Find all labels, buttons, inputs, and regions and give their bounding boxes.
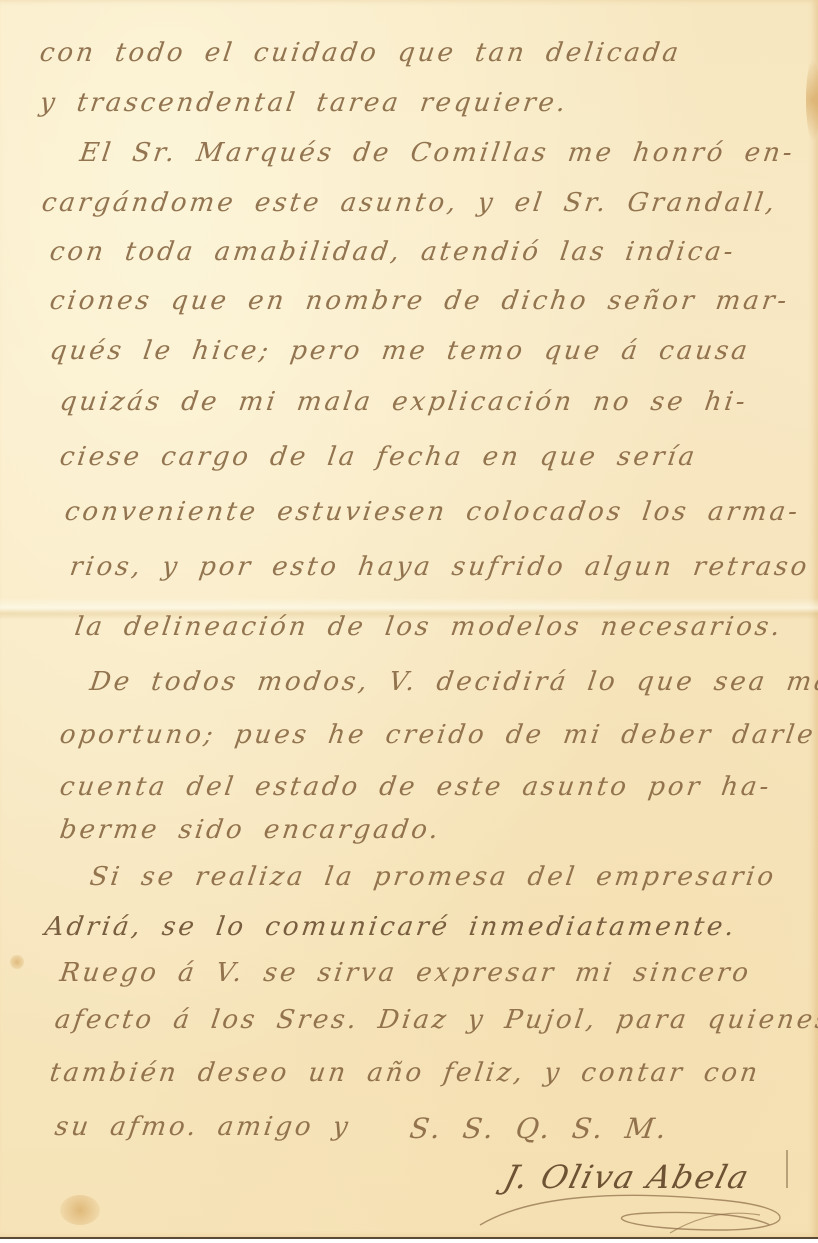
letter-line-11: rios, y por esto haya sufrido algun retr…: [68, 552, 812, 582]
letter-line-14: oportuno; pues he creido de mi deber dar…: [58, 720, 818, 750]
letter-line-20: afecto á los Sres. Diaz y Pujol, para qu…: [53, 1005, 818, 1035]
signature-stroke: [786, 1150, 788, 1188]
letter-line-21: también deseo un año feliz, y contar con: [48, 1058, 762, 1088]
edge-stain: [806, 60, 818, 140]
letter-line-4: cargándome este asunto, y el Sr. Grandal…: [40, 188, 779, 218]
letter-line-8: quizás de mi mala explicación no se hi-: [58, 387, 750, 417]
letter-line-6: ciones que en nombre de dicho señor mar-: [48, 286, 791, 316]
letter-line-7: qués le hice; pero me temo que á causa: [48, 336, 752, 366]
letter-page: con todo el cuidado que tan delicada y t…: [0, 0, 818, 1239]
paper-stain: [60, 1195, 100, 1225]
letter-line-16: berme sido encargado.: [58, 815, 443, 845]
letter-line-12: la delineación de los modelos necesarios…: [73, 612, 785, 642]
signature-flourish-icon: [470, 1185, 810, 1235]
letter-line-9: ciese cargo de la fecha en que sería: [58, 442, 699, 472]
letter-line-3: El Sr. Marqués de Comillas me honró en-: [78, 138, 797, 168]
letter-line-18: Adriá, se lo comunicaré inmediatamente.: [43, 912, 739, 942]
letter-line-17: Si se realiza la promesa del empresario: [88, 862, 778, 892]
closing-abbreviation: S. S. Q. S. M.: [408, 1112, 672, 1145]
letter-line-2: y trascendental tarea requiere.: [38, 88, 570, 118]
ink-stain: [10, 955, 24, 969]
letter-line-5: con toda amabilidad, atendió las indica-: [48, 237, 738, 267]
letter-line-13: De todos modos, V. decidirá lo que sea m…: [88, 667, 818, 697]
letter-line-15: cuenta del estado de este asunto por ha-: [58, 772, 774, 802]
letter-line-19: Ruego á V. se sirva expresar mi sincero: [58, 958, 753, 988]
letter-line-1: con todo el cuidado que tan delicada: [38, 38, 683, 68]
closing-line: su afmo. amigo y: [53, 1112, 353, 1142]
letter-line-10: conveniente estuviesen colocados los arm…: [63, 497, 802, 527]
